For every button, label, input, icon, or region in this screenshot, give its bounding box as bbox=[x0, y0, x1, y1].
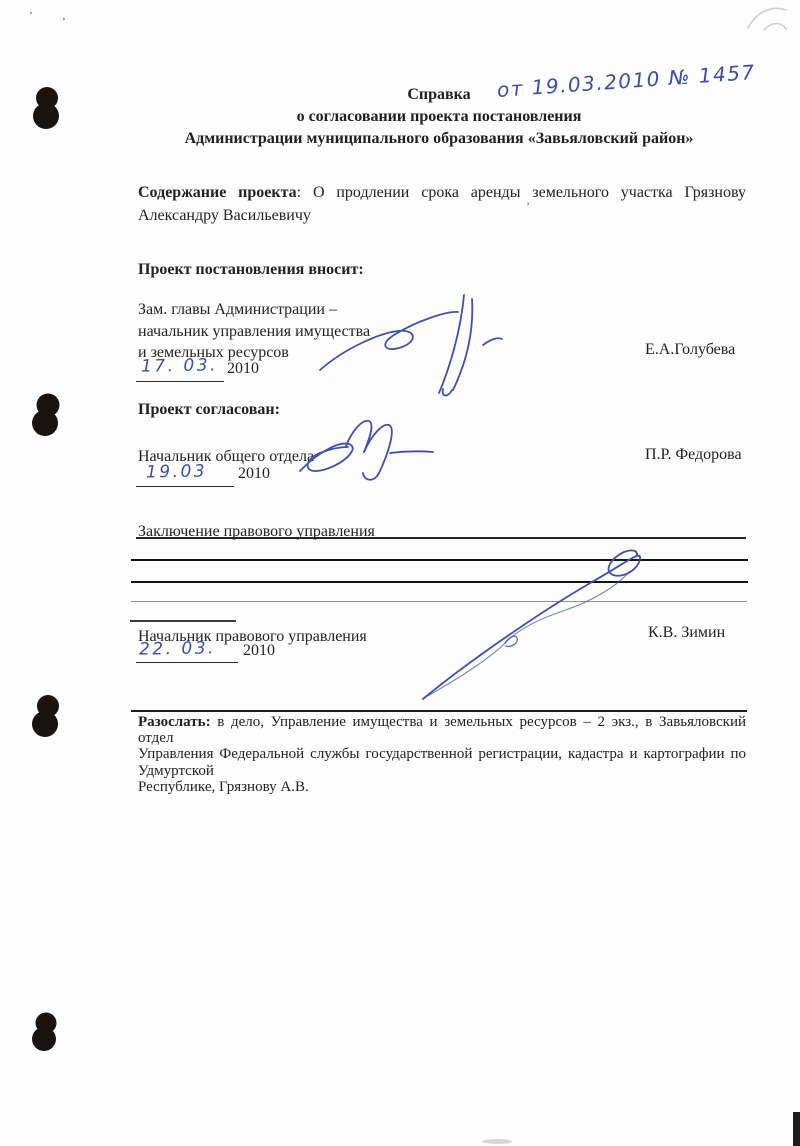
legal-conclusion-label: Заключение правового управления bbox=[138, 521, 375, 544]
pen-tick-mark: ʼ bbox=[29, 10, 33, 22]
hole-punch-mark bbox=[32, 393, 62, 437]
stray-pen-mark: ’ bbox=[526, 199, 530, 214]
ruled-line bbox=[131, 581, 748, 583]
content-text-2: Александру Васильевичу bbox=[138, 205, 746, 228]
hole-punch-mark bbox=[32, 86, 62, 130]
signer3-handwritten-date: 22. 03. bbox=[139, 638, 216, 659]
title-line-3: Администрации муниципального образования… bbox=[130, 128, 748, 150]
signer1-year: 2010 bbox=[227, 360, 259, 378]
ruled-line bbox=[131, 601, 747, 602]
signer1-role-line-1: Зам. главы Администрации – bbox=[138, 299, 370, 321]
signature-zimin bbox=[423, 550, 640, 699]
signer1-name: Е.А.Голубева bbox=[645, 341, 735, 359]
date-underline bbox=[136, 381, 224, 382]
scan-smudge-mark bbox=[482, 1139, 512, 1144]
signer1-role: Зам. главы Администрации – начальник упр… bbox=[138, 299, 370, 364]
pencil-scribble-mark bbox=[748, 8, 786, 30]
distribution-text-1: в дело, Управление имущества и земельных… bbox=[138, 714, 746, 746]
ink-signatures-layer bbox=[0, 0, 800, 1146]
signer3-name: К.В. Зимин bbox=[648, 624, 725, 642]
distribution-line-1: Разослать: в дело, Управление имущества … bbox=[138, 714, 746, 746]
signer2-year: 2010 bbox=[238, 465, 270, 483]
project-content-paragraph: Содержание проекта: О продлении срока ар… bbox=[138, 182, 746, 227]
ruled-line bbox=[136, 537, 746, 539]
signer2-name: П.Р. Федорова bbox=[645, 446, 742, 464]
pen-tick-mark: ʼ bbox=[62, 16, 66, 28]
agreed-section-header: Проект согласован: bbox=[138, 399, 280, 422]
signer1-handwritten-date: 17. 03. bbox=[141, 355, 218, 376]
title-line-2: о согласовании проекта постановления bbox=[130, 106, 748, 128]
scan-edge-artifact bbox=[793, 1112, 800, 1146]
distribution-paragraph: Разослать: в дело, Управление имущества … bbox=[138, 714, 746, 795]
distribution-line-2: Управления Федеральной службы государств… bbox=[138, 746, 746, 778]
distribution-label: Разослать: bbox=[138, 714, 211, 730]
footer-divider-line bbox=[131, 710, 747, 712]
signer3-year: 2010 bbox=[243, 642, 275, 660]
ruled-line bbox=[131, 559, 748, 561]
distribution-line-3: Республике, Грязнову А.В. bbox=[138, 779, 746, 795]
scanned-document-page: ʼ ʼ Справка о согласовании проекта поста… bbox=[0, 0, 800, 1146]
document-title: Справка о согласовании проекта постановл… bbox=[130, 84, 748, 150]
hole-punch-mark bbox=[32, 694, 62, 738]
date-underline bbox=[136, 486, 234, 487]
hole-punch-mark bbox=[31, 1012, 59, 1052]
date-underline bbox=[136, 662, 238, 663]
content-text-1: : О продлении срока аренды земельного уч… bbox=[297, 184, 746, 201]
signer2-handwritten-date: 19.03 bbox=[146, 461, 208, 482]
short-ruled-line bbox=[130, 620, 236, 622]
content-label: Содержание проекта bbox=[138, 184, 297, 201]
submits-section-header: Проект постановления вносит: bbox=[138, 259, 364, 282]
content-line-1: Содержание проекта: О продлении срока ар… bbox=[138, 182, 746, 205]
signature-fedorova bbox=[300, 421, 433, 480]
signer1-role-line-2: начальник управления имущества bbox=[138, 321, 370, 343]
